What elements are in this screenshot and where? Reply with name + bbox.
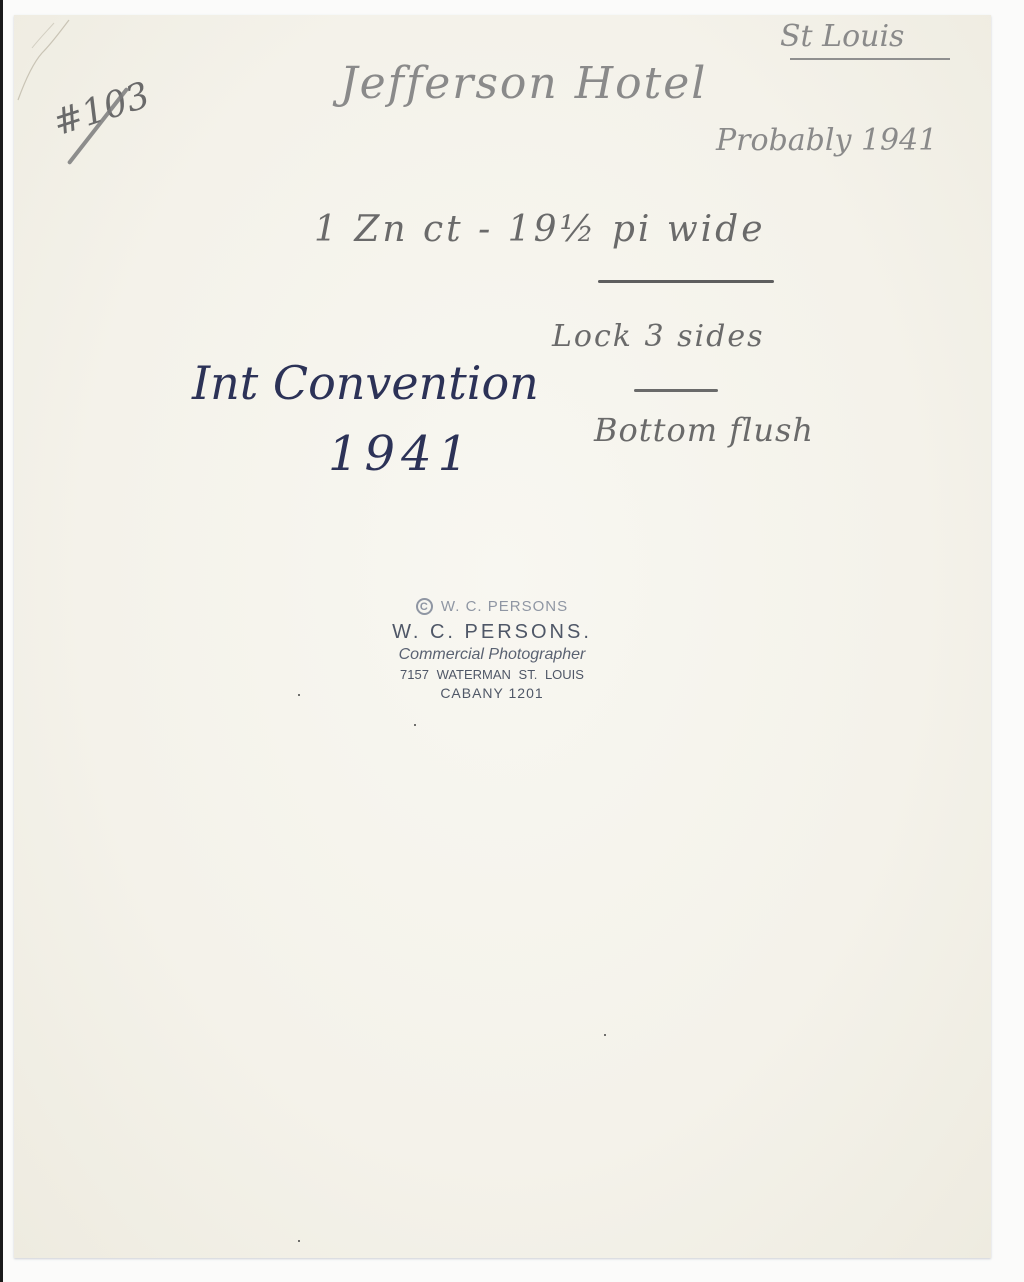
date-note: Probably 1941 <box>716 126 937 156</box>
copyright-text: W. C. PERSONS <box>441 598 568 615</box>
photographer-stamp: C W. C. PERSONS W. C. PERSONS. Commercia… <box>362 598 622 701</box>
photographer-address: 7157 WATERMAN ST. LOUIS <box>362 667 622 682</box>
bottom-flush-note: Bottom flush <box>594 414 814 446</box>
paper-speck <box>604 1034 606 1036</box>
event-note: Int Convention <box>192 360 539 406</box>
photographer-phone: CABANY 1201 <box>362 685 622 701</box>
photographer-title: Commercial Photographer <box>362 646 622 664</box>
city-underline <box>790 58 950 60</box>
lock-underline <box>634 389 718 392</box>
copyright-icon: C <box>416 598 433 615</box>
copyright-line: C W. C. PERSONS <box>362 598 622 615</box>
paper-speck <box>298 1240 300 1242</box>
photographer-name: W. C. PERSONS. <box>362 621 622 644</box>
specification-underline <box>598 280 774 283</box>
scan-edge <box>0 0 3 1282</box>
city-note: St Louis <box>780 22 904 52</box>
event-year-note: 1941 <box>328 430 474 478</box>
title-note: Jefferson Hotel <box>340 62 707 106</box>
lock-sides-note: Lock 3 sides <box>552 322 764 352</box>
paper-speck <box>298 694 300 696</box>
specification-note: 1 Zn ct - 19½ pi wide <box>314 212 766 248</box>
paper-speck <box>414 724 416 726</box>
